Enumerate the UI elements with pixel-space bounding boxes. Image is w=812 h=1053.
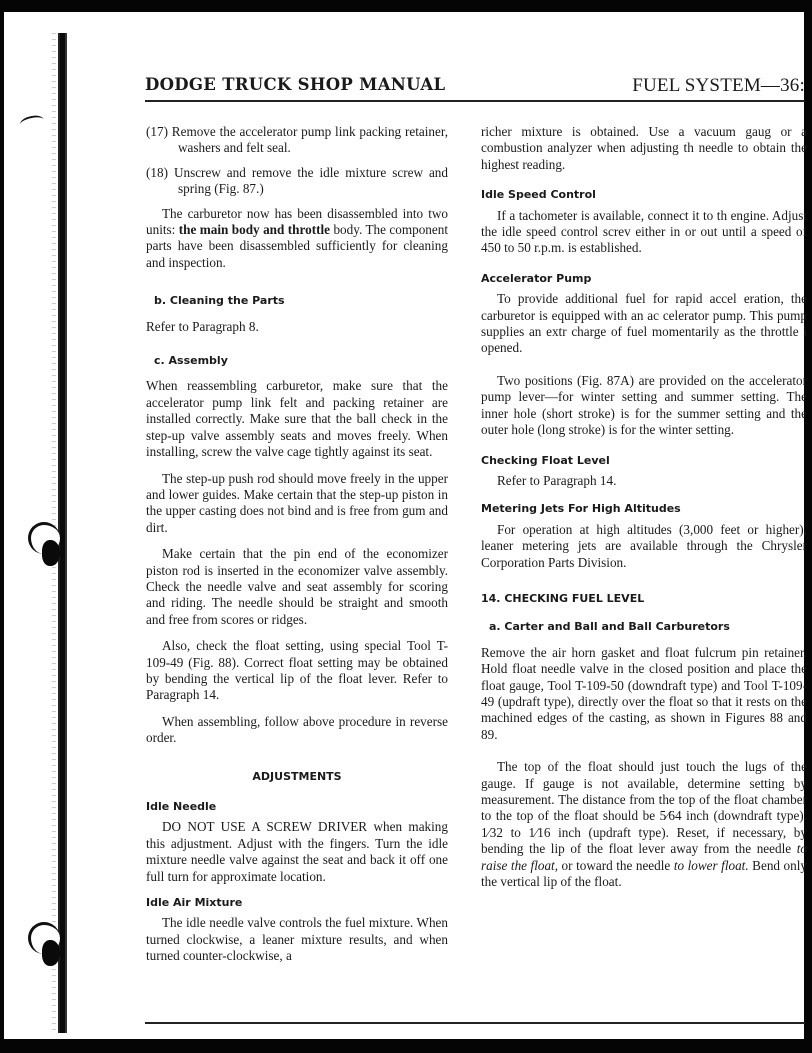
step-18: (18) Unscrew and remove the idle mixture… — [146, 165, 448, 198]
fraction-updraft-high: 1⁄16 — [529, 825, 551, 840]
text-run-italic: to lower float. — [674, 858, 749, 873]
metering-jets-text: For operation at high altitudes (3,000 f… — [481, 522, 807, 571]
binding-hook-mark — [19, 114, 45, 131]
heading-assembly: c. Assembly — [146, 353, 448, 369]
manual-title: DODGE TRUCK SHOP MANUAL — [145, 75, 445, 94]
page-header: DODGE TRUCK SHOP MANUAL FUEL SYSTEM—36: — [145, 75, 805, 101]
cleaning-text: Refer to Paragraph 8. — [146, 319, 448, 335]
heading-idle-needle: Idle Needle — [146, 799, 448, 815]
scan-border-left — [0, 0, 4, 1053]
heading-section-14: 14. CHECKING FUEL LEVEL — [481, 591, 805, 607]
float-level-text: Refer to Paragraph 14. — [481, 473, 807, 489]
assembly-paragraph: When reassembling carburetor, make sure … — [146, 378, 448, 460]
disassembly-summary: The carburetor now has been disassembled… — [146, 206, 448, 272]
punch-hole-icon — [28, 522, 60, 566]
heading-metering-jets: Metering Jets For High Altitudes — [481, 501, 805, 517]
heading-checking-float-level: Checking Float Level — [481, 453, 805, 469]
step-17: (17) Remove the accelerator pump link pa… — [146, 124, 448, 157]
idle-speed-text: If a tachometer is available, connect it… — [481, 208, 807, 257]
text-run: or toward the needle — [558, 858, 674, 873]
accelerator-pump-paragraph: To provide additional fuel for rapid acc… — [481, 291, 807, 357]
idle-air-text: The idle needle valve controls the fuel … — [146, 915, 448, 964]
footer-rule — [145, 1022, 805, 1024]
header-rule — [145, 100, 805, 102]
assembly-paragraph: Also, check the float setting, using spe… — [146, 638, 448, 704]
fraction-downdraft: 5⁄64 — [660, 808, 682, 823]
heading-cleaning-parts: b. Cleaning the Parts — [146, 293, 448, 309]
text-run: to — [503, 825, 529, 840]
accelerator-pump-paragraph: Two positions (Fig. 87A) are provided on… — [481, 373, 807, 439]
idle-needle-text: DO NOT USE A SCREW DRIVER when making th… — [146, 819, 448, 885]
heading-idle-speed-control: Idle Speed Control — [481, 187, 805, 203]
scan-border-bottom — [0, 1039, 812, 1053]
heading-idle-air-mixture: Idle Air Mixture — [146, 895, 448, 911]
assembly-paragraph: When assembling, follow above procedure … — [146, 714, 448, 747]
heading-adjustments: ADJUSTMENTS — [146, 769, 448, 785]
float-setting-paragraph: The top of the float should just touch t… — [481, 759, 807, 890]
heading-carter-carburetors: a. Carter and Ball and Ball Carburetors — [481, 619, 805, 635]
right-column: richer mixture is obtained. Use a vacuum… — [481, 124, 805, 900]
fraction-updraft-low: 1⁄32 — [481, 825, 503, 840]
scan-border-top — [0, 0, 812, 12]
assembly-paragraph: The step-up push rod should move freely … — [146, 471, 448, 537]
float-gauge-paragraph: Remove the air horn gasket and float ful… — [481, 645, 807, 743]
left-column: (17) Remove the accelerator pump link pa… — [146, 124, 448, 975]
text-run-bold: the main body and throttle — [179, 222, 330, 237]
punch-hole-icon — [28, 922, 60, 966]
text-run: inch (downdraft type). — [682, 808, 807, 823]
continued-text: richer mixture is obtained. Use a vacuum… — [481, 124, 807, 173]
section-page-label: FUEL SYSTEM—36: — [632, 75, 805, 97]
assembly-paragraph: Make certain that the pin end of the eco… — [146, 546, 448, 628]
heading-accelerator-pump: Accelerator Pump — [481, 271, 805, 287]
